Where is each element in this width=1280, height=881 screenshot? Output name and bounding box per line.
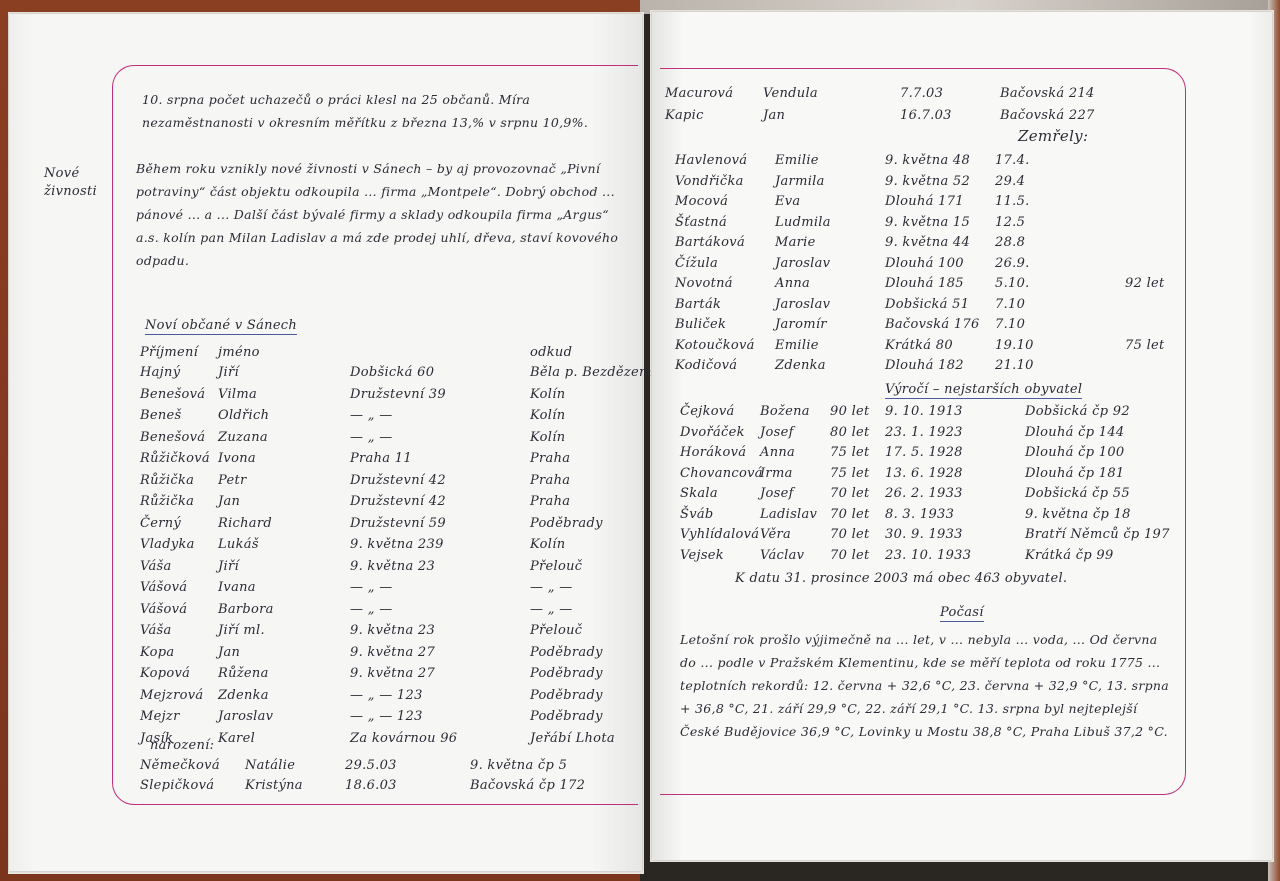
table-cell: 18.6.03 [345,778,397,793]
table-cell: 8. 3. 1933 [885,507,954,522]
table-cell: Hajný [140,365,180,380]
table-cell: Dlouhá 185 [885,276,964,291]
table-cell: Praha 11 [350,451,412,466]
table-cell: Bačovská 214 [1000,86,1095,101]
table-cell: 26.9. [995,256,1030,271]
table-cell: Barbora [218,602,274,617]
table-cell: Mejzrová [140,688,203,703]
table-cell: 7.10 [995,297,1025,312]
table-cell: 13. 6. 1928 [885,466,963,481]
table-cell: Růžička [140,473,194,488]
table-cell: Ladislav [760,507,817,522]
table-cell: Kolín [530,408,565,423]
table-cell: 19.10 [995,338,1034,353]
table-cell: 28.8 [995,235,1025,250]
table-cell: Lukáš [218,537,259,552]
table-cell: Dobšická 60 [350,365,434,380]
table-cell: 70 let [830,507,870,522]
table-cell: Jiří [218,559,239,574]
table-cell: 26. 2. 1933 [885,486,963,501]
table-cell: Vendula [763,86,818,101]
table-cell: Marie [775,235,816,250]
weather-title: Počasí [940,605,984,622]
table-cell: Havlenová [675,153,747,168]
table-cell: Šťastná [675,215,727,230]
table-cell: 9. května 23 [350,559,435,574]
table-cell: Přelouč [530,559,582,574]
header-from: odkud [530,345,572,360]
table-cell: Jan [218,645,240,660]
table-cell: 7.7.03 [900,86,943,101]
header-name: jméno [218,345,260,360]
population-note: K datu 31. prosince 2003 má obec 463 oby… [735,571,1067,586]
table-cell: Jarmila [775,174,825,189]
table-cell: Benešová [140,387,205,402]
table-cell: Kodičová [675,358,737,373]
table-cell: Kolín [530,430,565,445]
table-cell: Dobšická čp 55 [1025,486,1130,501]
table-cell: Dlouhá čp 100 [1025,445,1124,460]
table-cell: Božena [760,404,810,419]
table-cell: 9. května 23 [350,623,435,638]
table-cell: Poděbrady [530,688,603,703]
table-cell: 16.7.03 [900,108,952,123]
table-cell: Zuzana [218,430,268,445]
table-cell: Anna [760,445,795,460]
table-cell: 9. května 239 [350,537,444,552]
table-cell: 90 let [830,404,870,419]
table-cell: Mejzr [140,709,180,724]
table-cell: Novotná [675,276,733,291]
table-cell: Němečková [140,758,220,773]
table-cell: Družstevní 39 [350,387,446,402]
table-cell: Kopa [140,645,174,660]
table-cell: Družstevní 42 [350,494,446,509]
table-cell: — „ — 123 [350,688,423,703]
businesses-paragraph: Během roku vznikly nové živnosti v Sánec… [136,157,626,272]
table-cell: Bačovská 176 [885,317,980,332]
table-cell: Ivona [218,451,256,466]
table-cell: 7.10 [995,317,1025,332]
table-cell: Družstevní 42 [350,473,446,488]
table-cell: Eva [775,194,801,209]
table-cell: 92 let [1125,276,1165,291]
table-cell: Kotoučková [675,338,755,353]
table-cell: Jan [763,108,785,123]
table-cell: Dobšická čp 92 [1025,404,1130,419]
table-cell: Bartáková [675,235,745,250]
table-cell: Ludmila [775,215,831,230]
table-cell: 9. května 52 [885,174,970,189]
anniversaries-title: Výročí – nejstarších obyvatel [885,382,1082,399]
table-cell: Bačovská 227 [1000,108,1095,123]
table-cell: Macurová [665,86,733,101]
table-cell: Anna [775,276,810,291]
table-cell: Jiří [218,365,239,380]
table-cell: Černý [140,516,181,531]
table-cell: — „ — 123 [350,709,423,724]
table-cell: Dlouhá 182 [885,358,964,373]
table-cell: Vejsek [680,548,724,563]
table-cell: 30. 9. 1933 [885,527,963,542]
table-cell: Jaromír [775,317,827,332]
table-cell: Vyhlídalová [680,527,759,542]
table-cell: 9. 10. 1913 [885,404,963,419]
intro-paragraph: 10. srpna počet uchazečů o práci klesl n… [142,88,627,134]
table-cell: Poděbrady [530,709,603,724]
table-cell: Jeřábí Lhota [530,731,615,746]
table-cell: Skala [680,486,718,501]
table-cell: Věra [760,527,791,542]
table-cell: Poděbrady [530,516,603,531]
table-cell: Družstevní 59 [350,516,446,531]
table-cell: Dlouhá čp 144 [1025,425,1124,440]
table-cell: Váša [140,559,172,574]
table-cell: Praha [530,473,570,488]
table-cell: Čejková [680,404,735,419]
table-cell: Praha [530,494,570,509]
table-cell: Růžička [140,494,194,509]
table-cell: Vondřička [675,174,744,189]
table-cell: Krátká 80 [885,338,953,353]
table-cell: 29.4 [995,174,1025,189]
weather-paragraph: Letošní rok prošlo výjimečně na ... let,… [680,628,1170,743]
table-cell: Vášová [140,580,187,595]
table-cell: Chovancová [680,466,763,481]
table-cell: Emilie [775,338,819,353]
table-cell: Václav [760,548,804,563]
table-cell: 17.4. [995,153,1030,168]
table-cell: Irma [760,466,793,481]
table-cell: Za kovárnou 96 [350,731,457,746]
table-cell: 75 let [830,445,870,460]
table-cell: 21.10 [995,358,1034,373]
table-cell: Zdenka [775,358,826,373]
table-cell: Karel [218,731,255,746]
table-cell: Zdenka [218,688,269,703]
table-cell: 9. května 44 [885,235,970,250]
table-cell: 5.10. [995,276,1030,291]
died-title: Zemřely: [1018,127,1088,145]
table-cell: Mocová [675,194,728,209]
table-cell: — „ — [530,602,573,617]
table-cell: — „ — [530,580,573,595]
born-title: narození: [150,738,214,753]
table-cell: Jaroslav [218,709,273,724]
table-cell: Poděbrady [530,666,603,681]
table-cell: 9. května 27 [350,666,435,681]
table-cell: Kolín [530,537,565,552]
table-cell: 70 let [830,548,870,563]
table-cell: Ivana [218,580,256,595]
table-cell: Bačovská čp 172 [470,778,585,793]
table-cell: Jan [218,494,240,509]
table-cell: 29.5.03 [345,758,397,773]
table-cell: Jaroslav [775,297,830,312]
table-cell: — „ — [350,408,393,423]
table-cell: 9. května čp 18 [1025,507,1131,522]
table-cell: Emilie [775,153,819,168]
table-cell: 23. 10. 1933 [885,548,971,563]
table-cell: Josef [760,486,794,501]
table-cell: 75 let [830,466,870,481]
table-cell: Oldřich [218,408,269,423]
table-cell: Poděbrady [530,645,603,660]
table-cell: 17. 5. 1928 [885,445,963,460]
table-cell: Jiří ml. [218,623,265,638]
table-cell: Kolín [530,387,565,402]
table-cell: Růžena [218,666,269,681]
table-cell: Běla p. Bezdězem [530,365,652,380]
table-cell: 23. 1. 1923 [885,425,963,440]
table-cell: — „ — [350,602,393,617]
new-citizens-title: Noví občané v Sánech [145,318,297,335]
table-cell: Dobšická 51 [885,297,969,312]
table-cell: 11.5. [995,194,1030,209]
table-cell: Benešová [140,430,205,445]
table-cell: Vášová [140,602,187,617]
table-cell: Natálie [245,758,295,773]
table-cell: 9. května 48 [885,153,970,168]
table-cell: 12.5 [995,215,1025,230]
table-cell: Richard [218,516,272,531]
table-cell: Krátká čp 99 [1025,548,1114,563]
table-cell: 9. května čp 5 [470,758,567,773]
table-cell: 80 let [830,425,870,440]
table-cell: Přelouč [530,623,582,638]
table-cell: Praha [530,451,570,466]
table-cell: Barták [675,297,721,312]
table-cell: Josef [760,425,794,440]
table-cell: Bratří Němců čp 197 [1025,527,1170,542]
table-cell: Dlouhá 100 [885,256,964,271]
table-cell: 9. května 15 [885,215,970,230]
table-cell: Váša [140,623,172,638]
table-cell: Slepičková [140,778,214,793]
table-cell: — „ — [350,580,393,595]
margin-note: Nové živnosti [44,165,104,201]
table-cell: Jaroslav [775,256,830,271]
table-cell: Dlouhá 171 [885,194,964,209]
table-cell: 70 let [830,486,870,501]
table-cell: 75 let [1125,338,1165,353]
table-cell: Vilma [218,387,257,402]
table-cell: 9. května 27 [350,645,435,660]
table-cell: — „ — [350,430,393,445]
header-surname: Příjmení [140,345,198,360]
table-cell: Dlouhá čp 181 [1025,466,1124,481]
table-cell: Kristýna [245,778,303,793]
table-cell: Beneš [140,408,181,423]
table-cell: Vladyka [140,537,195,552]
table-cell: 70 let [830,527,870,542]
table-cell: Petr [218,473,247,488]
table-cell: Kapic [665,108,704,123]
table-cell: Čížula [675,256,718,271]
table-cell: Buliček [675,317,726,332]
table-cell: Kopová [140,666,190,681]
table-cell: Růžičková [140,451,210,466]
table-cell: Dvořáček [680,425,745,440]
table-cell: Šváb [680,507,714,522]
table-cell: Horáková [680,445,746,460]
